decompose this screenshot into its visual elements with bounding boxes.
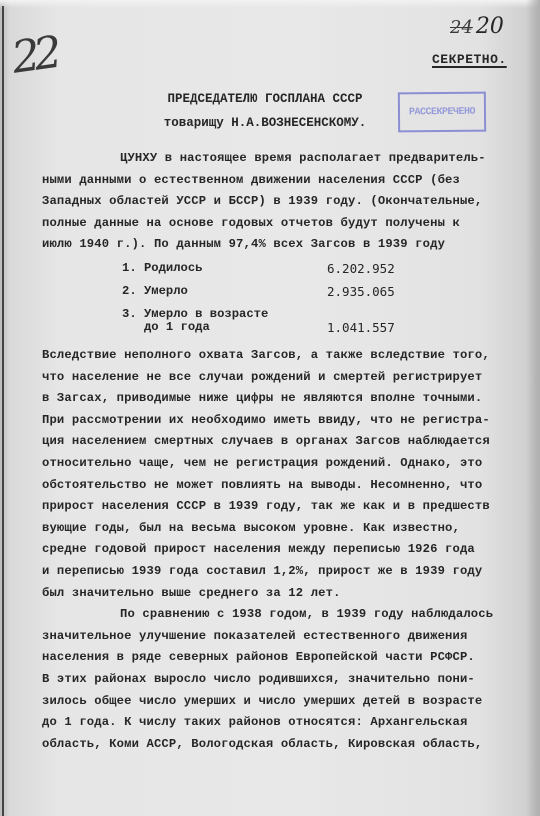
text-line: средне годовой прирост населения между п… [42, 539, 522, 561]
statistic-item: 3. Умерло в возрасте до 1 года1.041.557 [122, 308, 422, 334]
statistic-value: 6.202.952 [327, 262, 422, 275]
statistic-value: 2.935.065 [327, 285, 422, 298]
addressee-name: товарищу Н.А.ВОЗНЕСЕНСКОМУ. [145, 111, 385, 135]
current-archive-number: 20 [476, 14, 504, 39]
text-line: до 1 года. К числу таких районов относят… [42, 712, 522, 734]
text-line: ция населением смертных случаев в органа… [42, 431, 522, 453]
statistic-label: 3. Умерло в возрасте до 1 года [122, 308, 268, 334]
document-page: 22 2420 СЕКРЕТНО. ПРЕДСЕДАТЕЛЮ ГОСПЛАНА … [0, 0, 540, 816]
archive-number: 2420 [450, 14, 504, 40]
statistic-value: 1.041.557 [327, 321, 422, 334]
text-line: ными данными о естественном движении нас… [42, 170, 522, 192]
text-line: Западных областей УССР и БССР) в 1939 го… [42, 191, 522, 213]
text-line: ЦУНХУ в настоящее время располагает пред… [42, 148, 522, 170]
statistic-label: 1. Родилось [122, 262, 202, 275]
text-line: полные данные на основе годовых отчетов … [42, 213, 522, 235]
declassified-stamp: РАССЕКРЕЧЕНО [398, 92, 486, 133]
binding-line [2, 6, 4, 816]
text-line: Вследствие неполного охвата Загсов, а та… [42, 345, 522, 367]
text-line: При рассмотрении их необходимо иметь вви… [42, 410, 522, 432]
body-paragraphs: Вследствие неполного охвата Загсов, а та… [42, 345, 522, 755]
handwritten-page-number: 22 [9, 27, 60, 84]
intro-paragraph: ЦУНХУ в настоящее время располагает пред… [42, 148, 522, 256]
statistic-label: 2. Умерло [122, 285, 188, 298]
statistic-item: 1. Родилось6.202.952 [122, 262, 422, 275]
statistic-item: 2. Умерло2.935.065 [122, 285, 422, 298]
text-line: был значительно выше среднего за 12 лет. [42, 583, 522, 605]
text-line: и переписью 1939 года составил 1,2%, при… [42, 561, 522, 583]
text-line: область, Коми АССР, Вологодская область,… [42, 734, 522, 756]
text-line: зилось общее число умерших и число умерш… [42, 691, 522, 713]
text-line: По сравнению с 1938 годом, в 1939 году н… [42, 604, 522, 626]
addressee-block: ПРЕДСЕДАТЕЛЮ ГОСПЛАНА СССР товарищу Н.А.… [145, 87, 385, 135]
text-line: в Загсах, приводимые ниже цифры не являю… [42, 388, 522, 410]
classification-label: СЕКРЕТНО. [432, 52, 507, 67]
statistics-list: 1. Родилось6.202.9522. Умерло2.935.0653.… [122, 262, 422, 344]
addressee-title: ПРЕДСЕДАТЕЛЮ ГОСПЛАНА СССР [145, 87, 385, 111]
text-line: относительно чаще, чем не регистрация ро… [42, 453, 522, 475]
struck-archive-number: 24 [450, 17, 473, 38]
text-line: населения в ряде северных районов Европе… [42, 647, 522, 669]
text-line: В этих районах выросло число родившихся,… [42, 669, 522, 691]
text-line: прирост населения СССР в 1939 году, так … [42, 496, 522, 518]
text-line: значительное улучшение показателей естес… [42, 626, 522, 648]
text-line: июлю 1940 г.). По данным 97,4% всех Загс… [42, 234, 522, 256]
page-edge-shadow [526, 0, 540, 816]
text-line: что население не все случаи рождений и с… [42, 367, 522, 389]
text-line: обстоятельство не может повлиять на выво… [42, 475, 522, 497]
text-line: вующие годы, был на весьма высоком уровн… [42, 518, 522, 540]
